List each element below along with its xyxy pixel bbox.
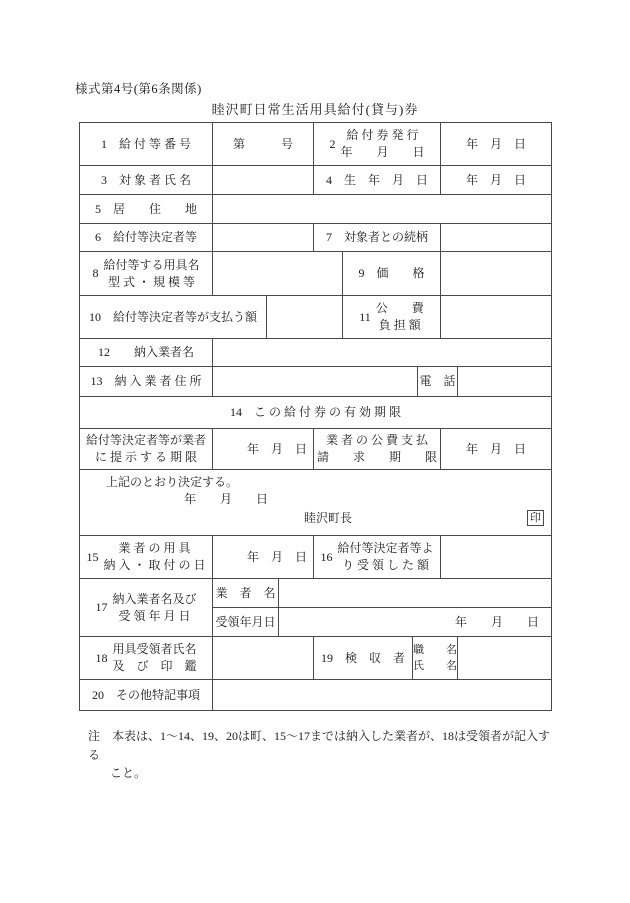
field-2-value: 年 月 日 bbox=[441, 123, 551, 165]
table-row: 13 納 入 業 者 住 所 電 話 bbox=[80, 367, 551, 397]
field-17-vendor-value bbox=[279, 579, 551, 607]
field-14b-value: 年 月 日 bbox=[441, 429, 551, 469]
field-13-tel-value bbox=[458, 367, 551, 396]
footnote-line1: 注 本表は、1～14、19、20は町、15～17までは納入した業者が、18は受領… bbox=[88, 727, 558, 764]
field-19-label: 19 検 収 者 bbox=[314, 637, 413, 679]
decision-statement: 上記のとおり決定する。 bbox=[106, 474, 551, 490]
field-19-sub-text: 職 名 氏 名 bbox=[413, 642, 457, 675]
field-17-date-label: 受領年月日 bbox=[213, 608, 279, 636]
form-table: 1 給 付 等 番 号 第 号 2 給 付 券 発 行 年 月 日 年 月 日 … bbox=[79, 122, 552, 711]
field-8-label: 8 給付等する用具名 型 式 ・ 規 模 等 bbox=[80, 252, 213, 295]
table-row: 5 居 住 地 bbox=[80, 195, 551, 224]
field-8-text: 給付等する用具名 型 式 ・ 規 模 等 bbox=[103, 257, 199, 291]
field-4-label: 4 生 年 月 日 bbox=[314, 166, 441, 194]
field-19-sub-label: 職 名 氏 名 bbox=[413, 637, 458, 679]
field-1-value: 第 号 bbox=[213, 123, 314, 165]
table-row: 上記のとおり決定する。 年 月 日 睦沢町長 印 bbox=[80, 470, 551, 536]
field-15-label: 15 業 者 の 用 具 納 入 ・ 取 付 の 日 bbox=[80, 536, 213, 578]
field-10-value bbox=[267, 296, 343, 338]
field-11-number: 11 bbox=[359, 309, 371, 325]
field-17-label: 17 納入業者名及び 受 領 年 月 日 bbox=[80, 579, 213, 636]
field-17-subtable: 業 者 名 受領年月日 年 月 日 bbox=[213, 579, 551, 636]
field-15-label-group: 15 業 者 の 用 具 納 入 ・ 取 付 の 日 bbox=[86, 540, 205, 574]
field-17-label-group: 17 納入業者名及び 受 領 年 月 日 bbox=[95, 591, 196, 625]
field-9-value bbox=[441, 252, 551, 295]
table-row: 1 給 付 等 番 号 第 号 2 給 付 券 発 行 年 月 日 年 月 日 bbox=[80, 123, 551, 166]
field-14b-text: 業 者 の 公 費 支 払 請 求 期 限 bbox=[317, 432, 437, 466]
field-11-value bbox=[441, 296, 551, 338]
form-page: 様式第4号(第6条関係) 睦沢町日常生活用具給付(貸与)券 1 給 付 等 番 … bbox=[0, 0, 630, 903]
field-3-value bbox=[213, 166, 314, 194]
field-15-text: 業 者 の 用 具 納 入 ・ 取 付 の 日 bbox=[103, 540, 205, 574]
field-17-subrow-vendor: 業 者 名 bbox=[213, 579, 551, 608]
field-17-text: 納入業者名及び 受 領 年 月 日 bbox=[112, 591, 196, 625]
field-18-label: 18 用具受領者氏名 及 び 印 鑑 bbox=[80, 637, 213, 679]
field-2-label: 2 給 付 券 発 行 年 月 日 bbox=[314, 123, 441, 165]
field-16-value bbox=[441, 536, 551, 578]
field-13-label: 13 納 入 業 者 住 所 bbox=[80, 367, 213, 396]
field-14a-value: 年 月 日 bbox=[213, 429, 314, 469]
field-11-label-group: 11 公 費 負 担 額 bbox=[359, 300, 424, 334]
table-row: 給付等決定者等が業者 に 提 示 す る 期 限 年 月 日 業 者 の 公 費… bbox=[80, 429, 551, 470]
field-17-subrow-date: 受領年月日 年 月 日 bbox=[213, 608, 551, 636]
field-15-value: 年 月 日 bbox=[213, 536, 314, 578]
field-18-text: 用具受領者氏名 及 び 印 鑑 bbox=[112, 641, 196, 675]
page-title: 睦沢町日常生活用具給付(貸与)券 bbox=[0, 99, 630, 118]
table-row: 6 給付等決定者等 7 対象者との続柄 bbox=[80, 224, 551, 252]
field-13-tel-label: 電 話 bbox=[418, 367, 458, 396]
field-2-label-group: 2 給 付 券 発 行 年 月 日 bbox=[329, 127, 424, 161]
field-7-value bbox=[441, 224, 551, 251]
field-3-label: 3 対 象 者 氏 名 bbox=[80, 166, 213, 194]
footnote: 注 本表は、1～14、19、20は町、15～17までは納入した業者が、18は受領… bbox=[88, 727, 558, 783]
field-18-label-group: 18 用具受領者氏名 及 び 印 鑑 bbox=[95, 641, 196, 675]
table-row: 10 給付等決定者等が支払う額 11 公 費 負 担 額 bbox=[80, 296, 551, 339]
field-19-value bbox=[458, 637, 551, 679]
field-7-label: 7 対象者との続柄 bbox=[314, 224, 441, 251]
field-16-label: 16 給付等決定者等よ り 受 領 し た 額 bbox=[314, 536, 441, 578]
field-18-number: 18 bbox=[95, 650, 107, 666]
table-row: 20 その他特記事項 bbox=[80, 680, 551, 710]
field-10-label: 10 給付等決定者等が支払う額 bbox=[80, 296, 267, 338]
field-1-label: 1 給 付 等 番 号 bbox=[80, 123, 213, 165]
field-15-number: 15 bbox=[86, 549, 98, 565]
field-8-label-group: 8 給付等する用具名 型 式 ・ 規 模 等 bbox=[92, 257, 199, 291]
table-row: 3 対 象 者 氏 名 4 生 年 月 日 年 月 日 bbox=[80, 166, 551, 195]
field-20-value bbox=[213, 680, 551, 710]
table-row: 14 こ の 給 付 券 の 有 効 期 限 bbox=[80, 397, 551, 429]
seal-box: 印 bbox=[527, 510, 544, 526]
table-row: 12 納入業者名 bbox=[80, 339, 551, 367]
field-12-value bbox=[213, 339, 551, 366]
footnote-line2: こと。 bbox=[110, 764, 558, 783]
field-18-value bbox=[213, 637, 314, 679]
field-6-value bbox=[213, 224, 314, 251]
field-17-number: 17 bbox=[95, 599, 107, 615]
field-14b-label: 業 者 の 公 費 支 払 請 求 期 限 bbox=[314, 429, 441, 469]
field-11-label: 11 公 費 負 担 額 bbox=[343, 296, 441, 338]
field-4-value: 年 月 日 bbox=[441, 166, 551, 194]
field-14a-text: 給付等決定者等が業者 に 提 示 す る 期 限 bbox=[86, 432, 206, 466]
table-row: 17 納入業者名及び 受 領 年 月 日 業 者 名 受領年月日 年 月 日 bbox=[80, 579, 551, 637]
field-14a-label: 給付等決定者等が業者 に 提 示 す る 期 限 bbox=[80, 429, 213, 469]
decision-block: 上記のとおり決定する。 年 月 日 睦沢町長 印 bbox=[80, 470, 551, 535]
form-number: 様式第4号(第6条関係) bbox=[75, 79, 202, 97]
field-2-text: 給 付 券 発 行 年 月 日 bbox=[340, 127, 424, 161]
field-2-number: 2 bbox=[329, 136, 335, 152]
field-17-vendor-label: 業 者 名 bbox=[213, 579, 279, 607]
field-9-label: 9 価 格 bbox=[343, 252, 441, 295]
table-row: 18 用具受領者氏名 及 び 印 鑑 19 検 収 者 職 名 氏 名 bbox=[80, 637, 551, 680]
table-row: 15 業 者 の 用 具 納 入 ・ 取 付 の 日 年 月 日 16 給付等決… bbox=[80, 536, 551, 579]
field-5-label: 5 居 住 地 bbox=[80, 195, 213, 223]
field-11-text: 公 費 負 担 額 bbox=[376, 300, 424, 334]
field-16-number: 16 bbox=[320, 549, 332, 565]
field-20-label: 20 その他特記事項 bbox=[80, 680, 213, 710]
field-5-value bbox=[213, 195, 551, 223]
field-14-header: 14 こ の 給 付 券 の 有 効 期 限 bbox=[80, 397, 551, 428]
field-17-date-value: 年 月 日 bbox=[279, 608, 551, 636]
decision-signer: 睦沢町長 bbox=[304, 510, 352, 526]
field-16-label-group: 16 給付等決定者等よ り 受 領 し た 額 bbox=[320, 540, 433, 574]
field-6-label: 6 給付等決定者等 bbox=[80, 224, 213, 251]
field-12-label: 12 納入業者名 bbox=[80, 339, 213, 366]
table-row: 8 給付等する用具名 型 式 ・ 規 模 等 9 価 格 bbox=[80, 252, 551, 296]
decision-date: 年 月 日 bbox=[184, 491, 551, 507]
field-16-text: 給付等決定者等よ り 受 領 し た 額 bbox=[337, 540, 433, 574]
field-8-value bbox=[213, 252, 343, 295]
field-13-value bbox=[213, 367, 418, 396]
field-8-number: 8 bbox=[92, 265, 98, 281]
